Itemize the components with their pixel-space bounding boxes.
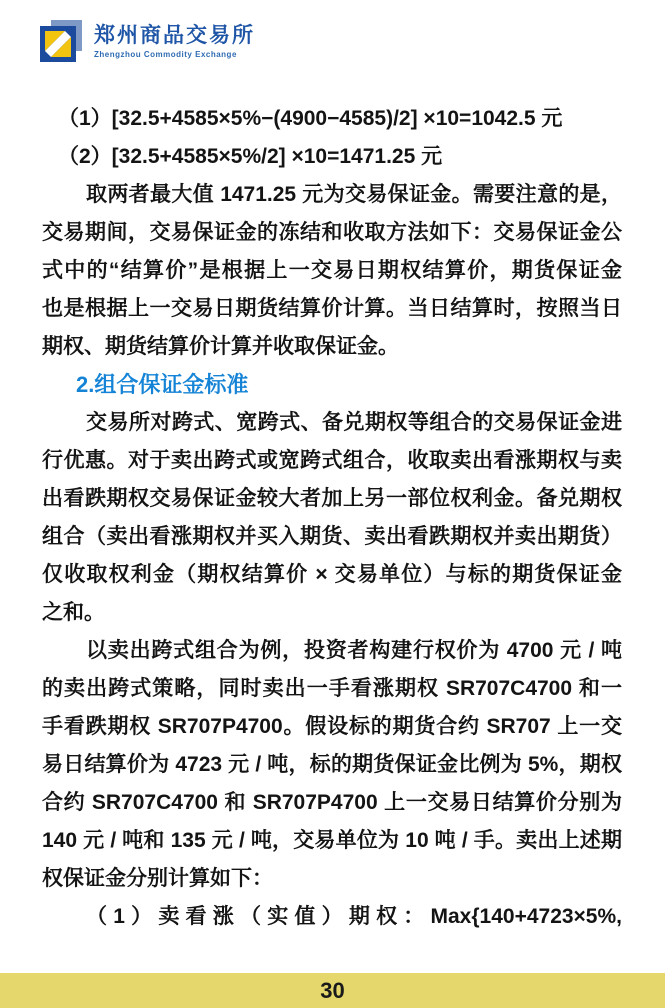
text-line: （2）[32.5+4585×5%/2] ×10=1471.25 元 [42,138,622,176]
text-line: 期权、期货结算价计算并收取保证金。 [42,328,622,366]
text-line: 式中的“结算价”是根据上一交易日期权结算价，期货保证金 [42,252,622,290]
text-line: 出看跌期权交易保证金较大者加上另一部位权利金。备兑期权 [42,480,622,518]
text-line: 手看跌期权 SR707P4700。假设标的期货合约 SR707 上一交 [42,708,622,746]
text-line: 权保证金分别计算如下： [42,860,622,898]
text-line: 仅收取权利金（期权结算价 × 交易单位）与标的期货保证金 [42,556,622,594]
text-line: 也是根据上一交易日期货结算价计算。当日结算时，按照当日 [42,290,622,328]
text-line: 交易所对跨式、宽跨式、备兑期权等组合的交易保证金进 [42,404,622,442]
text-line: 组合（卖出看涨期权并买入期货、卖出看跌期权并卖出期货） [42,518,622,556]
text-line: （1）卖看涨（实值）期权：Max{140+4723×5%, [42,898,622,936]
document-page: 郑州商品交易所 Zhengzhou Commodity Exchange （1）… [0,0,665,1008]
text-line: 取两者最大值 1471.25 元为交易保证金。需要注意的是， [42,176,622,214]
zce-logo-icon [40,20,86,64]
text-line: 易日结算价为 4723 元 / 吨，标的期货保证金比例为 5%，期权 [42,746,622,784]
page-number: 30 [320,978,344,1003]
footer-bar: 30 [0,973,665,1008]
zce-logo: 郑州商品交易所 Zhengzhou Commodity Exchange [40,20,255,64]
section-heading: 2.组合保证金标准 [42,366,622,404]
text-line: 交易期间，交易保证金的冻结和收取方法如下：交易保证金公 [42,214,622,252]
text-line: 140 元 / 吨和 135 元 / 吨，交易单位为 10 吨 / 手。卖出上述… [42,822,622,860]
text-line: 合约 SR707C4700 和 SR707P4700 上一交易日结算价分别为 [42,784,622,822]
text-line: 的卖出跨式策略，同时卖出一手看涨期权 SR707C4700 和一 [42,670,622,708]
text-line: 以卖出跨式组合为例，投资者构建行权价为 4700 元 / 吨 [42,632,622,670]
logo-title-cn: 郑州商品交易所 [94,24,255,48]
logo-text: 郑州商品交易所 Zhengzhou Commodity Exchange [94,20,255,59]
text-line: （1）[32.5+4585×5%−(4900−4585)/2] ×10=1042… [42,100,622,138]
page-body: （1）[32.5+4585×5%−(4900−4585)/2] ×10=1042… [42,100,622,936]
logo-subtitle-en: Zhengzhou Commodity Exchange [94,50,255,59]
text-line: 之和。 [42,594,622,632]
header: 郑州商品交易所 Zhengzhou Commodity Exchange [40,20,255,64]
text-line: 行优惠。对于卖出跨式或宽跨式组合，收取卖出看涨期权与卖 [42,442,622,480]
